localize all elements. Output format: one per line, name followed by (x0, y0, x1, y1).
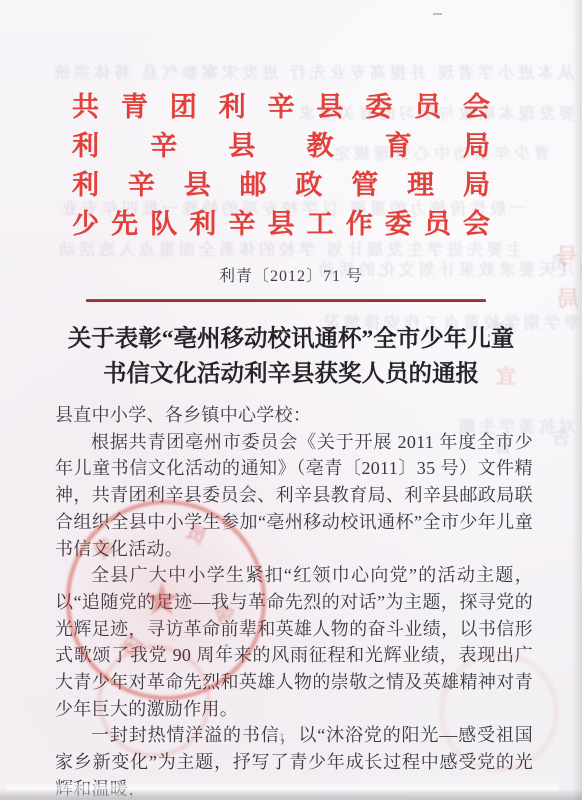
letterhead-org-line-3: 利辛县邮政管理局 (72, 166, 490, 205)
letterhead-org-line-2: 利辛县教育局 (72, 127, 490, 166)
notice-body: 县直中小学、各乡镇中心学校： 根据共青团亳州市委员会《关于开展 2011 年度全… (55, 402, 533, 800)
notice-title-line-1: 关于表彰“亳州移动校讯通杯”全市少年儿童 (30, 322, 552, 357)
letterhead-org-line-1: 共青团利辛县委员会 (72, 88, 490, 127)
body-paragraph: 根据共青团亳州市委员会《关于开展 2011 年度全市少年儿童书信文化活动的通知》… (55, 429, 533, 563)
notice-title-line-2: 书信文化活动利辛县获奖人员的通报 (30, 357, 552, 392)
letterhead: 共青团利辛县委员会 利辛县教育局 利辛县邮政管理局 少先队利辛县工作委员会 (72, 88, 490, 244)
body-paragraph: 全县广大中小学生紧扣“红领巾心向党”的活动主题，以“追随党的足迹—我与革命先烈的… (55, 562, 533, 722)
salutation-line: 县直中小学、各乡镇中心学校： (55, 402, 533, 429)
notice-title: 关于表彰“亳州移动校讯通杯”全市少年儿童 书信文化活动利辛县获奖人员的通报 (30, 322, 552, 392)
red-separator-line (86, 299, 486, 302)
scan-speck (433, 13, 442, 15)
letterhead-org-line-4: 少先队利辛县工作委员会 (72, 205, 490, 244)
scan-edge-shadow-bottom (0, 789, 582, 800)
scan-edge-shadow-right (572, 0, 582, 800)
scan-speck (225, 644, 228, 647)
page-number: 1 (279, 730, 285, 745)
document-number: 利青〔2012〕71 号 (0, 263, 582, 286)
scan-speck (488, 334, 490, 337)
